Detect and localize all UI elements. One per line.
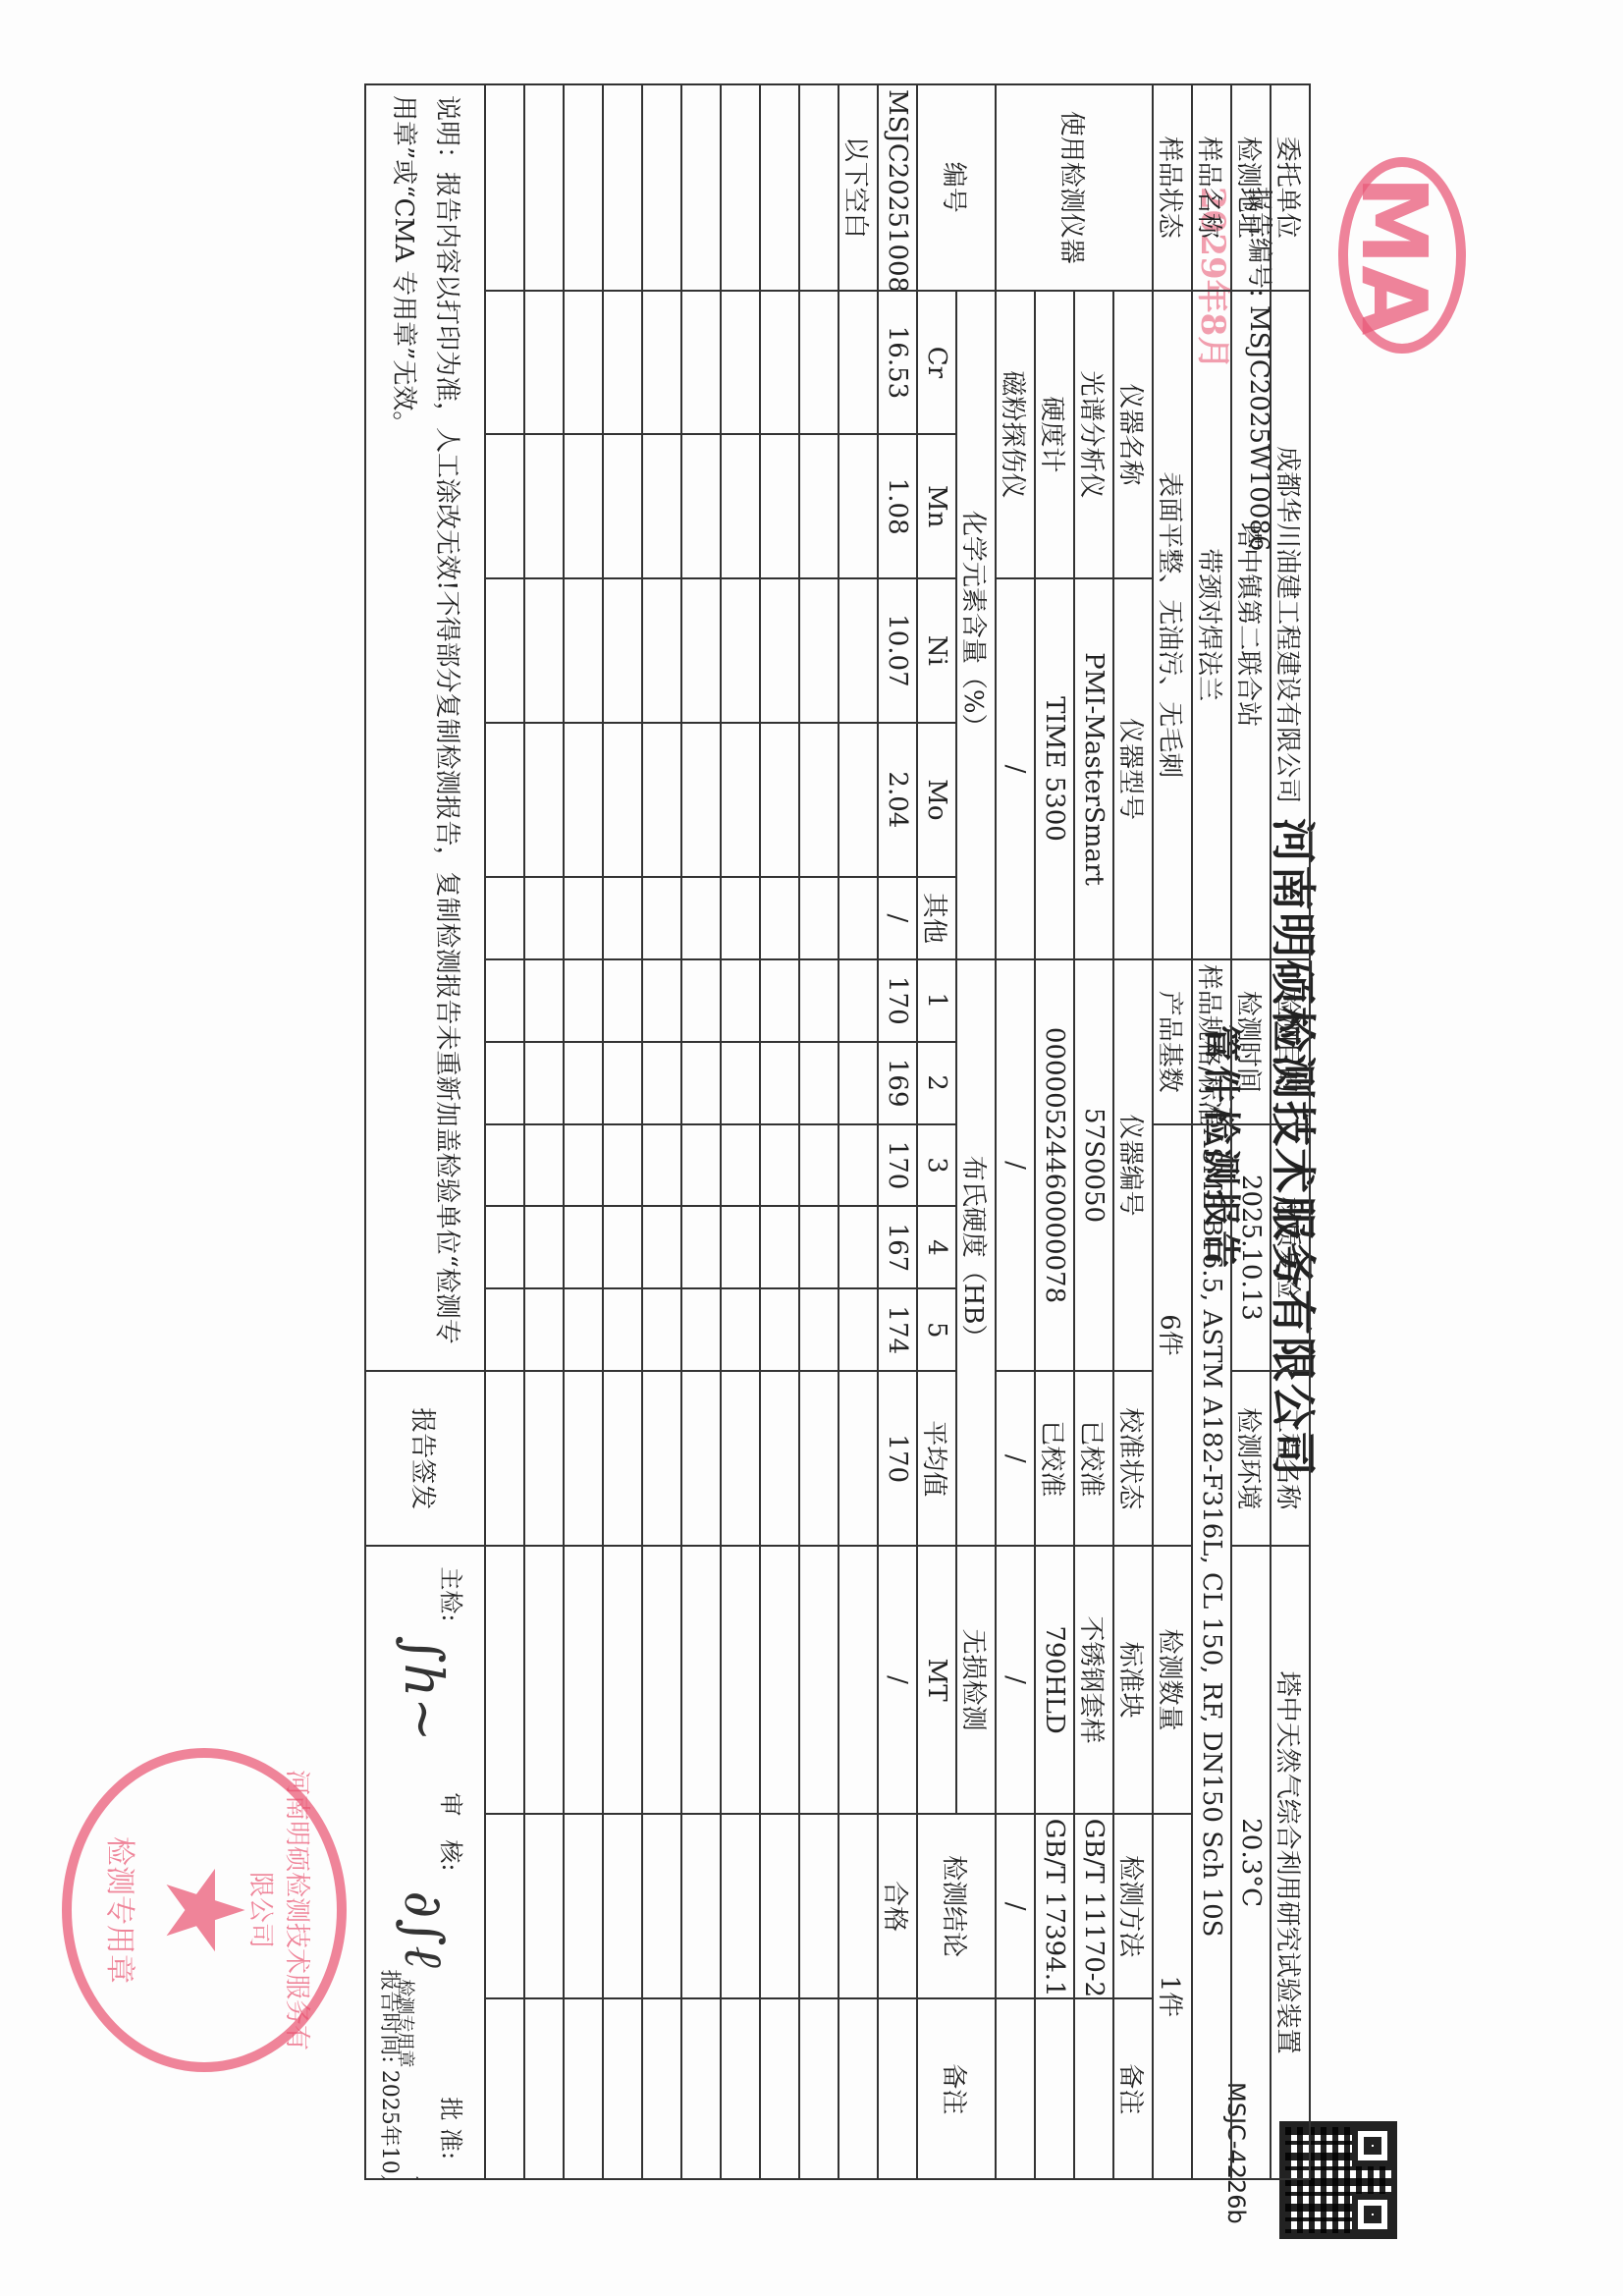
instrument-header-row: 使用检测仪器 仪器名称 仪器型号 仪器编号 校准状态 标准块 检测方法 备注 (1113, 84, 1153, 2179)
address-row: 检测地址 塔中镇第二联合站 检测时间 2025.10.13 检测环境 20.3°… (1231, 84, 1271, 2179)
test-date-value: 2025.10.13 (1231, 1124, 1271, 1372)
reference-block: 不锈钢套样 (1074, 1546, 1113, 1813)
conclusion-header: 检测结论 (917, 1814, 996, 1999)
instrument-serial: 00000524460000078 (1035, 959, 1074, 1371)
client-label: 委托单位 (1271, 84, 1310, 291)
footer-row: 说明：报告内容以打印为准，人工涂改无效!不得部分复制检测报告，复制检测报告未重新… (365, 84, 485, 2179)
instrument-remark (996, 1998, 1035, 2179)
instrument-serial: / (996, 959, 1035, 1371)
chem-header-cr: Cr (917, 291, 956, 435)
hardness-avg: 170 (878, 1371, 917, 1546)
report-time: 报告时间: 2025年10月14日 (376, 1969, 406, 2179)
empty-row (524, 84, 564, 2179)
ndt-header-mt: MT (917, 1546, 956, 1813)
chem-header-mo: Mo (917, 723, 956, 877)
result-remark (878, 1998, 917, 2179)
blank-note: 以下空白 (839, 84, 878, 291)
report-table: 委托单位 成都华川油建工程建设有限公司 检测目的 材质复检 工程名称 塔中天然气… (364, 83, 1311, 2180)
reference-block-header: 标准块 (1113, 1546, 1153, 1813)
remark-note: 说明：报告内容以打印为准，人工涂改无效!不得部分复制检测报告，复制检测报告未重新… (365, 84, 485, 1371)
instrument-name: 光谱分析仪 (1074, 291, 1113, 578)
inspection-seal: 河南明硕检测技术服务有限公司 ★ 检测专用章 (62, 1748, 347, 2072)
calibration-status: 已校准 (1035, 1371, 1074, 1546)
project-value: 塔中天然气综合利用研究试验装置 (1271, 1546, 1310, 2179)
sample-state-value: 表面平整、无油污、无毛刺 (1153, 291, 1192, 959)
test-qty-value: 1件 (1153, 1814, 1192, 2179)
sample-state-row: 样品状态 表面平整、无油污、无毛刺 产品基数 6件 检测数量 1件 (1153, 84, 1192, 2179)
chem-header-ni: Ni (917, 578, 956, 723)
instrument-row: 硬度计 TIME 5300 00000524460000078 已校准 790H… (1035, 84, 1074, 2179)
empty-row (564, 84, 603, 2179)
empty-row (721, 84, 760, 2179)
test-qty-label: 检测数量 (1153, 1546, 1192, 1813)
test-method: GB/T 17394.1-2014 (1035, 1814, 1074, 1999)
calibration-header: 校准状态 (1113, 1371, 1153, 1546)
instrument-name: 磁粉探伤仪 (996, 291, 1035, 578)
hardness-4: 167 (878, 1206, 917, 1288)
hardness-header-1: 1 (917, 959, 956, 1042)
approver-label: 批 准: (436, 2097, 470, 2159)
instrument-row: 磁粉探伤仪 / / / / / (996, 84, 1035, 2179)
result-row: MSJC202510086 16.53 1.08 10.07 2.04 / 17… (878, 84, 917, 2179)
empty-row (485, 84, 524, 2179)
spec-value: ASME B16.5, ASTM A182-F316L, CL 150, RF,… (1192, 1124, 1231, 2179)
chem-cr: 16.53 (878, 291, 917, 435)
client-value: 成都华川油建工程建设有限公司 (1271, 291, 1310, 959)
sample-name-value: 带颈对焊法兰 (1192, 291, 1231, 959)
chem-group-header: 化学元素含量（%） (956, 291, 996, 959)
empty-row (681, 84, 721, 2179)
instrument-model: PMI-MasterSmart (1074, 578, 1113, 959)
results-group-header-row: 编号 化学元素含量（%） 布氏硬度（HB） 无损检测 检测结论 备注 (956, 84, 996, 2179)
chem-mn: 1.08 (878, 434, 917, 578)
hardness-1: 170 (878, 959, 917, 1042)
instrument-row: 光谱分析仪 PMI-MasterSmart 57S0050 已校准 不锈钢套样 … (1074, 84, 1113, 2179)
report-page: MA 2029年8月 河南明硕检测技术服务有限公司 管件检测报告 报告编号: M… (0, 0, 1623, 2296)
ndt-mt: / (878, 1546, 917, 1813)
instrument-serial: 57S0050 (1074, 959, 1113, 1371)
purpose-value: 材质复检 (1271, 1124, 1310, 1372)
hardness-header-3: 3 (917, 1124, 956, 1207)
id-header: 编号 (917, 84, 996, 291)
instrument-remark (1074, 1998, 1113, 2179)
test-method: GB/T 11170-2018 (1074, 1814, 1113, 1999)
ndt-group-header: 无损检测 (956, 1546, 996, 1813)
hardness-header-avg: 平均值 (917, 1371, 956, 1546)
instrument-model-header: 仪器型号 (1113, 578, 1153, 959)
hardness-header-2: 2 (917, 1042, 956, 1124)
instrument-remark (1035, 1998, 1074, 2179)
project-label: 工程名称 (1271, 1371, 1310, 1546)
remark-header: 备注 (1113, 1998, 1153, 2179)
instrument-serial-header: 仪器编号 (1113, 959, 1153, 1371)
instrument-name-header: 仪器名称 (1113, 291, 1153, 578)
empty-row (760, 84, 799, 2179)
cma-seal: MA (1338, 157, 1466, 354)
instrument-model: / (996, 578, 1035, 959)
address-value: 塔中镇第二联合站 (1231, 291, 1271, 959)
hardness-group-header: 布氏硬度（HB） (956, 959, 996, 1546)
chem-header-other: 其他 (917, 877, 956, 959)
hardness-3: 170 (878, 1124, 917, 1207)
blank-note-row: 以下空白 (839, 84, 878, 2179)
sample-id: MSJC202510086 (878, 84, 917, 291)
environment-value: 20.3°C (1231, 1546, 1271, 2179)
results-remark-header: 备注 (917, 1998, 996, 2179)
chem-header-mn: Mn (917, 434, 956, 578)
sample-state-label: 样品状态 (1153, 84, 1192, 291)
environment-label: 检测环境 (1231, 1371, 1271, 1546)
signature-area: 主检:∫ℎ∼审 核:∂∫ℓ检测专用章批 准:ℓ∂ℳ报告时间: 2025年10月1… (365, 1546, 485, 2179)
chem-mo: 2.04 (878, 723, 917, 877)
method-header: 检测方法 (1113, 1814, 1153, 1999)
reference-block: 790HLD (1035, 1546, 1074, 1813)
hardness-header-4: 4 (917, 1206, 956, 1288)
hardness-2: 169 (878, 1042, 917, 1124)
instruments-group-label: 使用检测仪器 (996, 84, 1153, 291)
test-method: / (996, 1814, 1035, 1999)
client-row: 委托单位 成都华川油建工程建设有限公司 检测目的 材质复检 工程名称 塔中天然气… (1271, 84, 1310, 2179)
base-qty-value: 6件 (1153, 1124, 1192, 1547)
sample-name-label: 样品名称 (1192, 84, 1231, 291)
issue-label: 报告签发 (365, 1371, 485, 1546)
spec-label: 样品规格/标准 (1192, 959, 1231, 1124)
instrument-name: 硬度计 (1035, 291, 1074, 578)
address-label: 检测地址 (1231, 84, 1271, 291)
instrument-model: TIME 5300 (1035, 578, 1074, 959)
empty-row (799, 84, 839, 2179)
base-qty-label: 产品基数 (1153, 959, 1192, 1124)
conclusion: 合格 (878, 1814, 917, 1999)
hardness-5: 174 (878, 1288, 917, 1371)
calibration-status: / (996, 1371, 1035, 1546)
calibration-status: 已校准 (1074, 1371, 1113, 1546)
reviewer-signature: ∂∫ℓ (393, 1890, 455, 1968)
hardness-header-5: 5 (917, 1288, 956, 1371)
chem-ni: 10.07 (878, 578, 917, 723)
reference-block: / (996, 1546, 1035, 1813)
star-icon: ★ (150, 1758, 258, 2062)
purpose-label: 检测目的 (1271, 959, 1310, 1124)
chem-other: / (878, 877, 917, 959)
empty-row (603, 84, 642, 2179)
reviewer-label: 审 核: (436, 1792, 470, 1871)
empty-row (642, 84, 681, 2179)
test-date-label: 检测时间 (1231, 959, 1271, 1124)
inspector-signature: ∫ℎ∼ (393, 1635, 455, 1741)
sample-name-row: 样品名称 带颈对焊法兰 样品规格/标准 ASME B16.5, ASTM A18… (1192, 84, 1231, 2179)
inspector-label: 主检: (436, 1566, 470, 1621)
